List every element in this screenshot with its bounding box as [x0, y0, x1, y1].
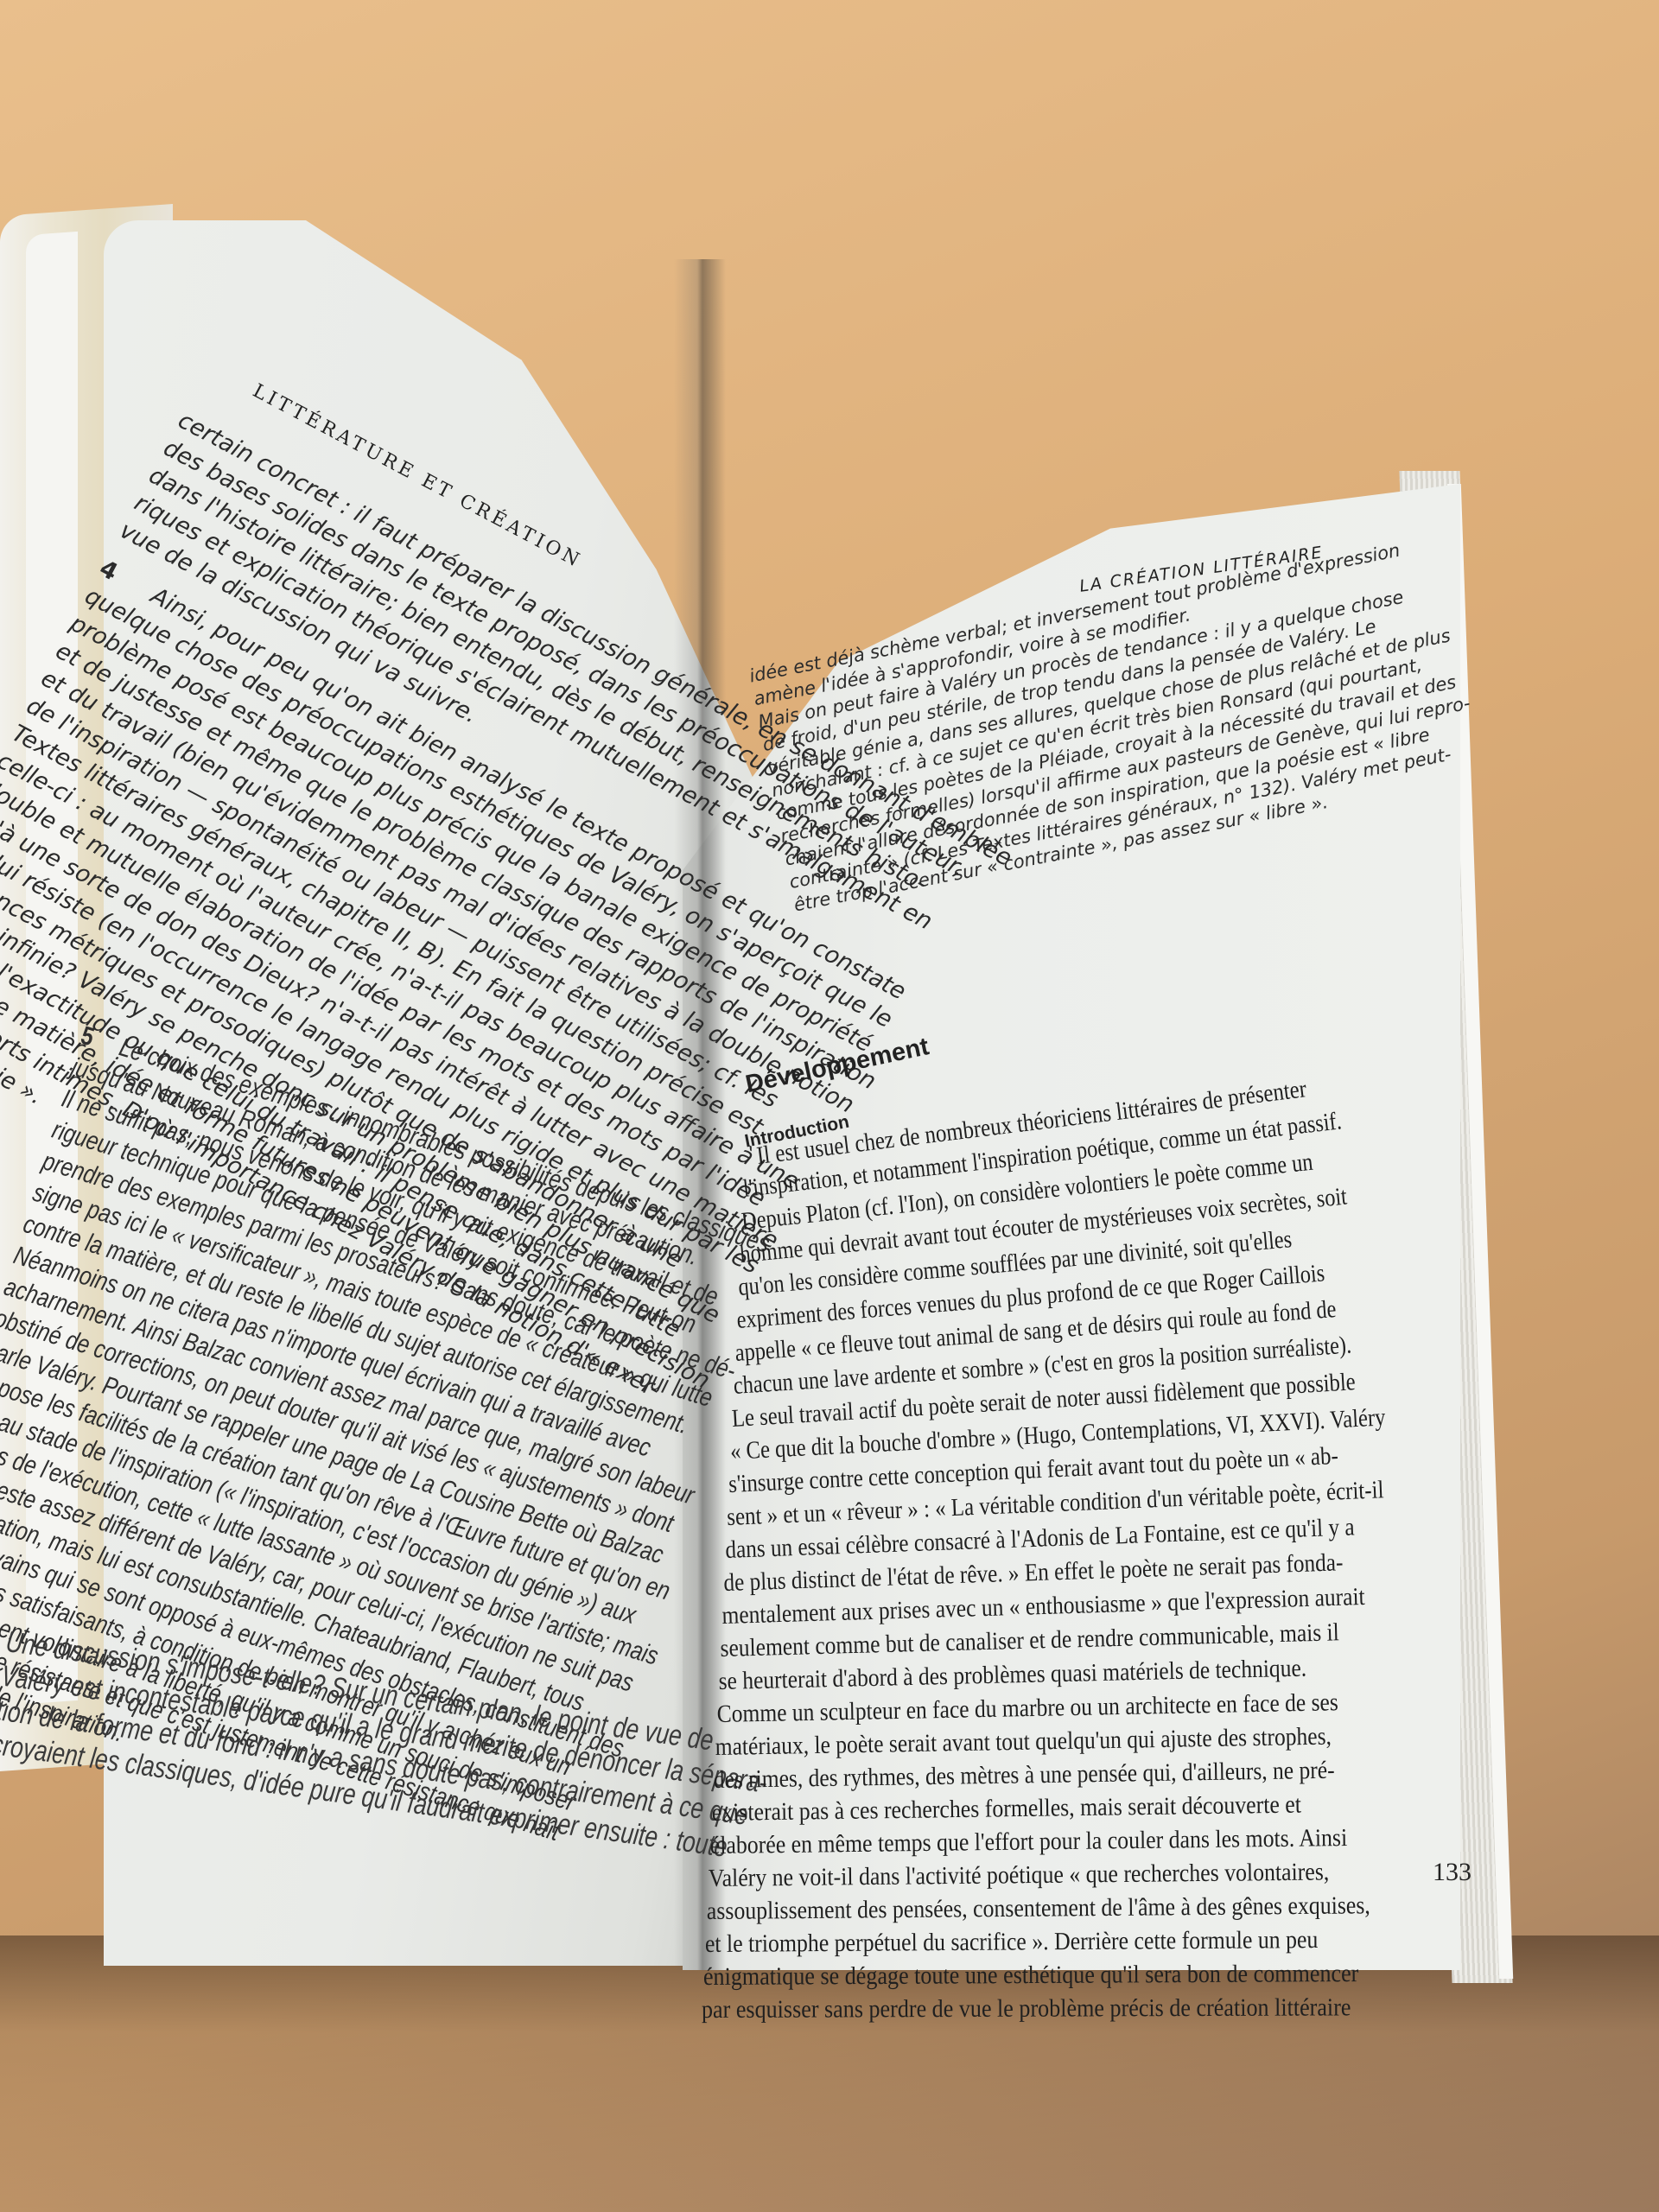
text-line: assouplissement des pensées, consentemen…: [707, 1891, 1370, 1926]
text-line: énigmatique se dégage toute une esthétiq…: [703, 1960, 1359, 1992]
text-line: et le triomphe perpétuel du sacrifice ».…: [705, 1926, 1319, 1959]
text-line: par esquisser sans perdre de vue le prob…: [702, 1993, 1351, 2024]
page-number: 133: [1433, 1858, 1471, 1887]
